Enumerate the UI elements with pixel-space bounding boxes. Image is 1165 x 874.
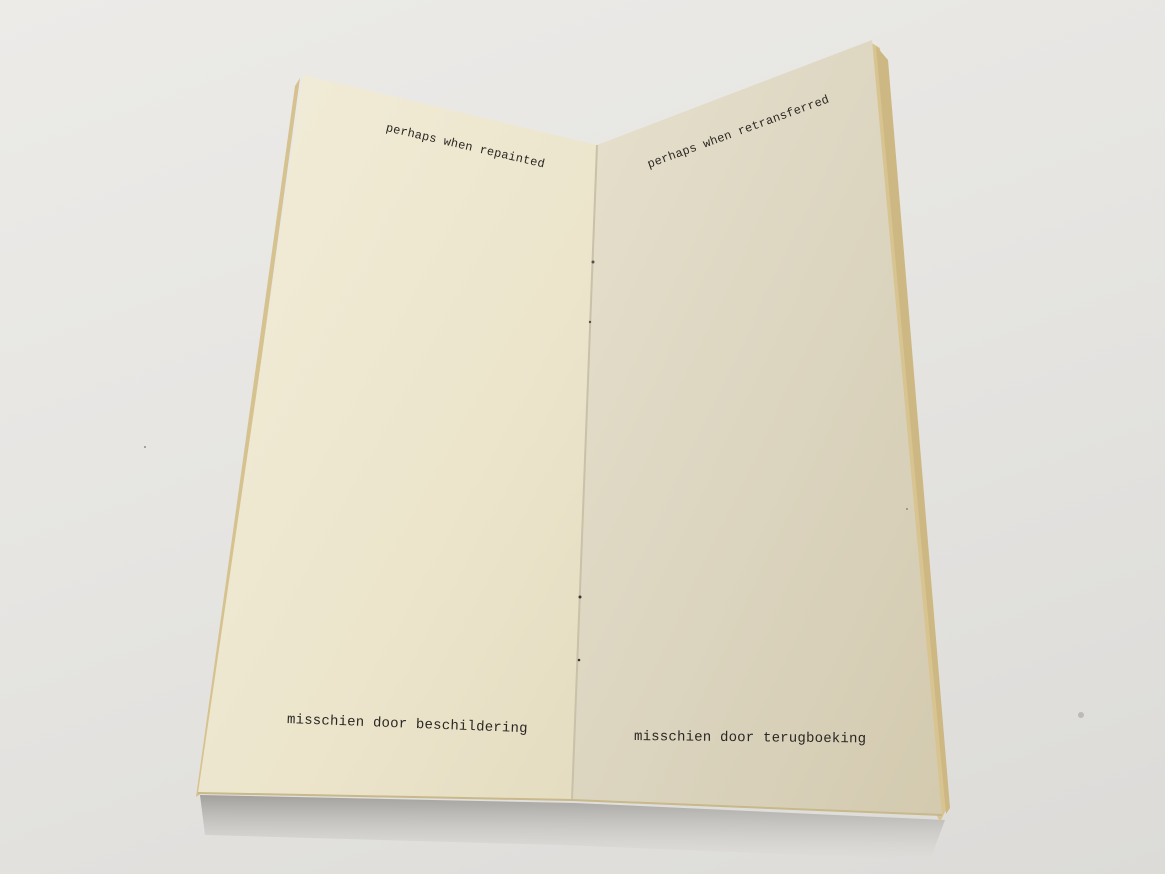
booklet [0, 0, 1165, 874]
photo-scene: perhaps when repainted perhaps when retr… [0, 0, 1165, 874]
left-page [198, 75, 597, 800]
right-bottom-text: misschien door terugboeking [634, 729, 866, 747]
wall-speck [144, 446, 146, 448]
wall-speck [906, 508, 908, 510]
wall-speck [1078, 712, 1084, 718]
